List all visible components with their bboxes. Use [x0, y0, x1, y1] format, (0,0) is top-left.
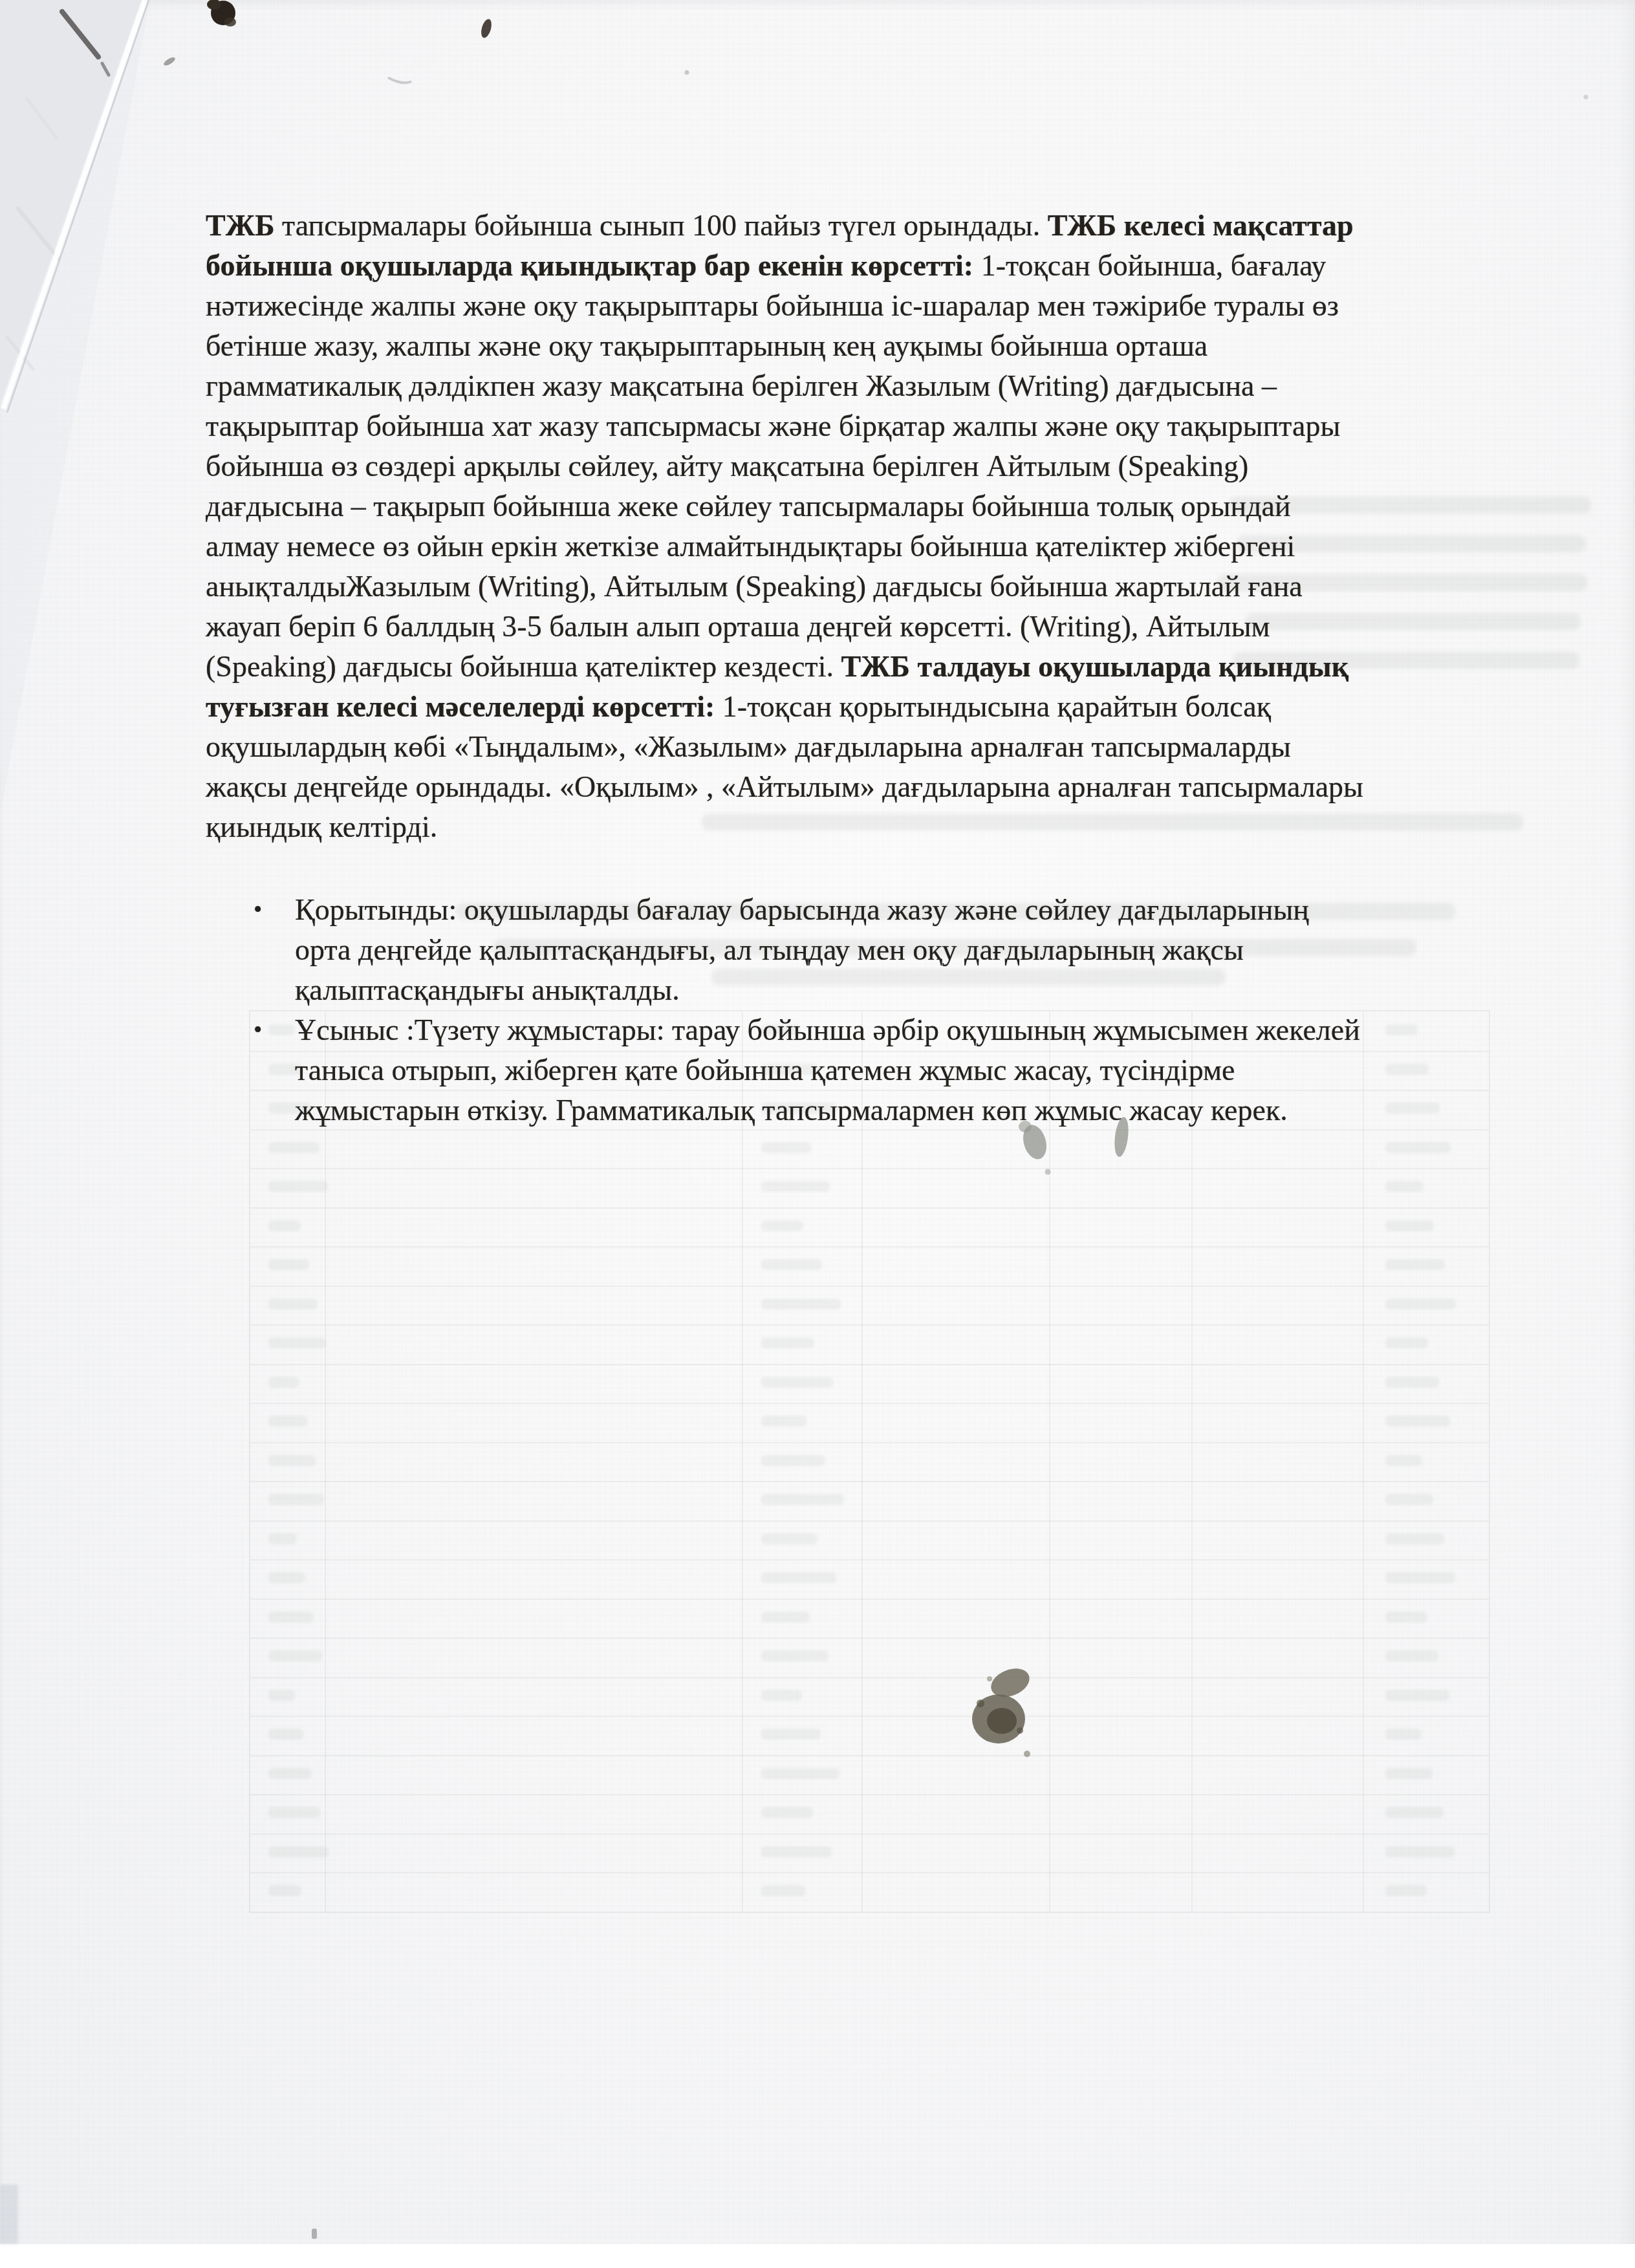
paragraph-line: дағдысына – тақырып бойынша жеке сөйлеу …: [206, 486, 1506, 526]
paragraph-line: анықталдыЖазылым (Writing), Айтылым (Spe…: [206, 567, 1506, 607]
bold-text: туғызған келесі мәселелерді көрсетті:: [206, 690, 715, 723]
document-text: ТЖБ тапсырмалары бойынша сынып 100 пайыз…: [206, 206, 1506, 1130]
paragraph-line: туғызған келесі мәселелерді көрсетті: 1-…: [206, 687, 1506, 727]
scanner-edge-noise: [0, 2185, 18, 2244]
paragraph-line: оқушылардың көбі «Тыңдалым», «Жазылым» д…: [206, 727, 1506, 767]
bold-text: ТЖБ келесі мақсаттар: [1048, 209, 1354, 242]
main-paragraph: ТЖБ тапсырмалары бойынша сынып 100 пайыз…: [206, 206, 1506, 847]
body-text: бойынша өз сөздері арқылы сөйлеу, айту м…: [206, 449, 1248, 482]
body-text: бетінше жазу, жалпы және оқу тақырыптары…: [206, 329, 1207, 362]
paragraph-line: нәтижесінде жалпы және оқу тақырыптары б…: [206, 286, 1506, 326]
paragraph-line: тақырыптар бойынша хат жазу тапсырмасы ж…: [206, 406, 1506, 446]
bold-text: ТЖБ талдауы оқушыларда қиындық: [841, 650, 1348, 683]
body-text: тақырыптар бойынша хат жазу тапсырмасы ж…: [206, 409, 1340, 442]
paragraph-line: қиындық келтірді.: [206, 807, 1506, 847]
body-text: (Speaking) дағдысы бойынша қателіктер ке…: [206, 650, 841, 683]
bullet-line: таныса отырып, жіберген қате бойынша қат…: [295, 1050, 1360, 1090]
bullet-line: Қорытынды: оқушыларды бағалау барысында …: [295, 890, 1309, 930]
scanner-margin: [0, 2244, 1635, 2268]
bullet-list: •Қорытынды: оқушыларды бағалау барысында…: [206, 890, 1506, 1130]
paragraph-line: жауап беріп 6 баллдың 3-5 балын алып орт…: [206, 607, 1506, 647]
body-text: қиындық келтірді.: [206, 810, 437, 843]
body-text: грамматикалық дәлдікпен жазу мақсатына б…: [206, 369, 1277, 402]
body-text: 1-тоқсан бойынша, бағалау: [973, 249, 1326, 282]
body-text: жақсы деңгейде орындады. «Оқылым» , «Айт…: [206, 770, 1363, 803]
paragraph-line: бойынша өз сөздері арқылы сөйлеу, айту м…: [206, 446, 1506, 486]
bullet-marker-icon: •: [254, 890, 295, 1010]
bullet-line: Ұсыныс :Түзету жұмыстары: тарау бойынша …: [295, 1010, 1360, 1050]
body-text: дағдысына – тақырып бойынша жеке сөйлеу …: [206, 490, 1291, 523]
scanned-page: ТЖБ тапсырмалары бойынша сынып 100 пайыз…: [0, 0, 1635, 2268]
paragraph-line: жақсы деңгейде орындады. «Оқылым» , «Айт…: [206, 767, 1506, 807]
bullet-marker-icon: •: [254, 1010, 295, 1130]
bullet-item: •Қорытынды: оқушыларды бағалау барысында…: [206, 890, 1506, 1010]
paragraph-line: ТЖБ тапсырмалары бойынша сынып 100 пайыз…: [206, 206, 1506, 246]
bullet-text: Қорытынды: оқушыларды бағалау барысында …: [295, 890, 1309, 1010]
paragraph-line: бойынша оқушыларда қиындықтар бар екенін…: [206, 246, 1506, 286]
paragraph-line: бетінше жазу, жалпы және оқу тақырыптары…: [206, 326, 1506, 366]
bullet-line: жұмыстарын өткізу. Грамматикалық тапсырм…: [295, 1090, 1360, 1130]
body-text: оқушылардың көбі «Тыңдалым», «Жазылым» д…: [206, 730, 1291, 763]
bold-text: ТЖБ: [206, 209, 275, 242]
body-text: анықталдыЖазылым (Writing), Айтылым (Spe…: [206, 570, 1303, 603]
bullet-text: Ұсыныс :Түзету жұмыстары: тарау бойынша …: [295, 1010, 1360, 1130]
bullet-line: қалыптасқандығы анықталды.: [295, 970, 1309, 1010]
bullet-line: орта деңгейде қалыптасқандығы, ал тыңдау…: [295, 930, 1309, 970]
paragraph-line: грамматикалық дәлдікпен жазу мақсатына б…: [206, 366, 1506, 406]
body-text: нәтижесінде жалпы және оқу тақырыптары б…: [206, 289, 1339, 322]
paragraph-line: алмау немесе өз ойын еркін жеткізе алмай…: [206, 526, 1506, 567]
paragraph-line: (Speaking) дағдысы бойынша қателіктер ке…: [206, 647, 1506, 687]
bullet-item: •Ұсыныс :Түзету жұмыстары: тарау бойынша…: [206, 1010, 1506, 1130]
bold-text: бойынша оқушыларда қиындықтар бар екенін…: [206, 249, 973, 282]
body-text: алмау немесе өз ойын еркін жеткізе алмай…: [206, 530, 1295, 563]
body-text: 1-тоқсан қорытындысына қарайтын болсақ: [715, 690, 1271, 723]
body-text: жауап беріп 6 баллдың 3-5 балын алып орт…: [206, 610, 1270, 643]
body-text: тапсырмалары бойынша сынып 100 пайыз түг…: [275, 209, 1048, 242]
